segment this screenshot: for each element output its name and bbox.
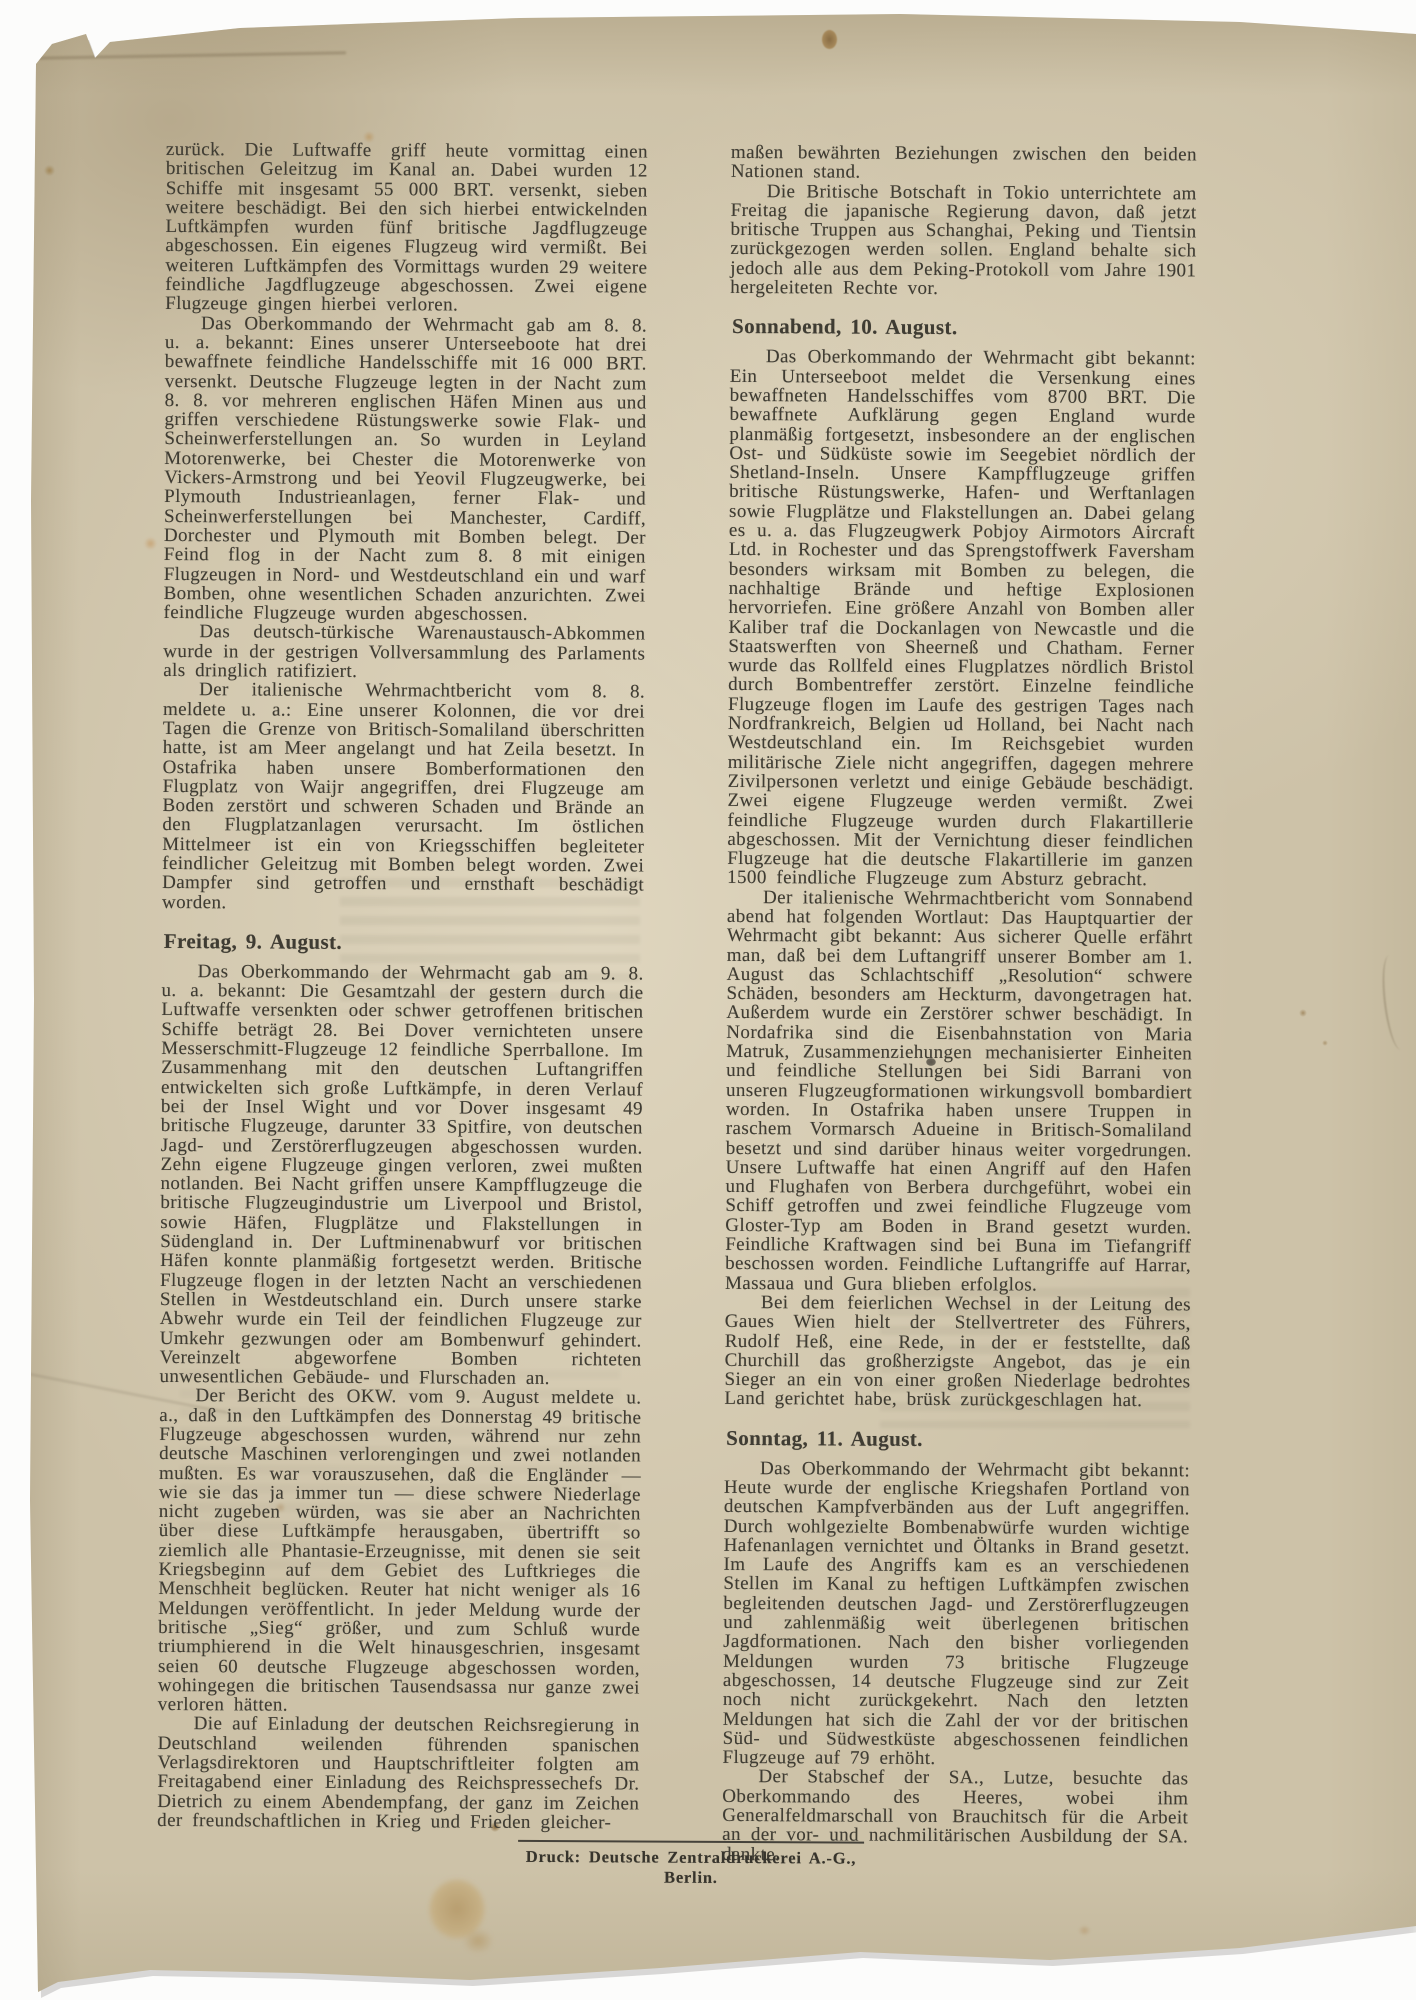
- paragraph-okw-8-august: Das Oberkommando der Wehrmacht gab am 8.…: [163, 314, 647, 625]
- paragraph-italian-report-8-august: Der italienische Wehrmachtbericht vom 8.…: [162, 680, 645, 914]
- paragraph-hess-speech: Bei dem feierlichen Wechsel in der Leitu…: [724, 1293, 1191, 1411]
- paragraph-okw-11-august: Das Oberkommando der Wehrmacht gibt beka…: [722, 1459, 1190, 1770]
- heading-sunday-11-august: Sonntag, 11. August.: [726, 1427, 1190, 1451]
- left-column: zurück. Die Luftwaffe griff heute vormit…: [157, 140, 648, 1833]
- scanned-newsprint-sheet: zurück. Die Luftwaffe griff heute vormit…: [0, 0, 1416, 2000]
- paragraph-continuation: zurück. Die Luftwaffe griff heute vormit…: [165, 140, 648, 316]
- imprint-rule: [518, 1840, 864, 1844]
- heading-friday-9-august: Freitag, 9. August.: [164, 930, 644, 955]
- heading-saturday-10-august: Sonnabend, 10. August.: [732, 315, 1196, 339]
- paragraph-okw-10-august: Das Oberkommando der Wehrmacht gibt beka…: [727, 347, 1196, 890]
- paragraph-trade-agreement: Das deutsch-türkische Warenaustausch-Abk…: [163, 622, 645, 682]
- paragraph-okw-report-commentary: Der Bericht des OKW. vom 9. August melde…: [158, 1386, 642, 1717]
- printed-content: zurück. Die Luftwaffe griff heute vormit…: [0, 0, 1416, 2000]
- right-column: maßen bewährten Beziehungen zwischen den…: [722, 143, 1197, 1866]
- imprint-line: Druck: Deutsche Zentraldruckerei A.-G., …: [496, 1847, 886, 1889]
- paragraph-okw-9-august: Das Oberkommando der Wehrmacht gab am 9.…: [159, 962, 643, 1389]
- paragraph-british-embassy-tokio: Die Britische Botschaft in Tokio unterri…: [730, 182, 1197, 300]
- paragraph-continuation: maßen bewährten Beziehungen zwischen den…: [731, 143, 1197, 184]
- paragraph-italian-report-saturday: Der italienische Wehrmachtbericht vom So…: [725, 888, 1193, 1296]
- paragraph-spanish-publishers: Die auf Einladung der deutschen Reichsre…: [157, 1714, 640, 1832]
